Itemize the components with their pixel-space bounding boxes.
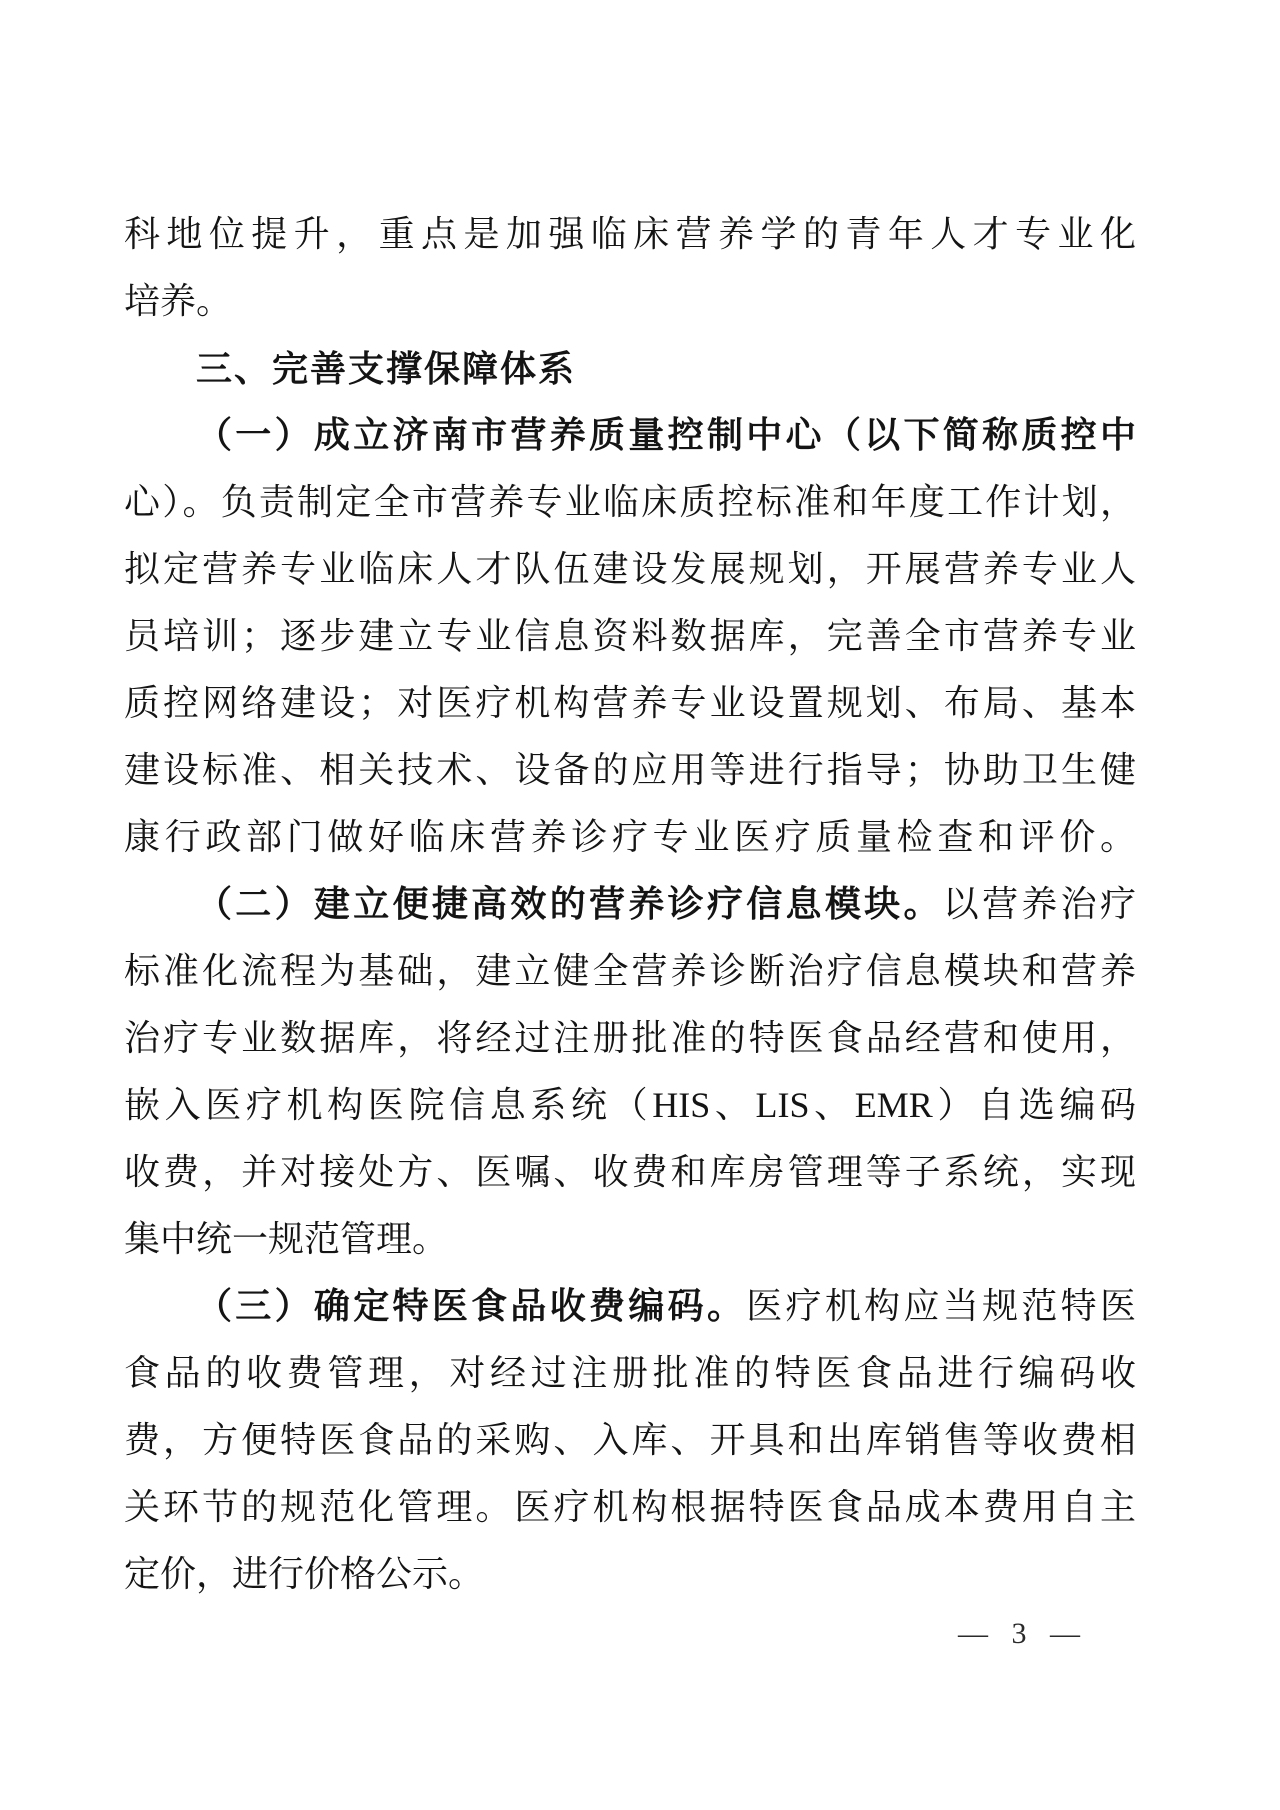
para1-line-3: 拟定营养专业临床人才队伍建设发展规划，开展营养专业人 (124, 536, 1136, 603)
para2-line-4: 嵌入医疗机构医院信息系统（HIS、LIS、EMR）自选编码 (124, 1072, 1136, 1139)
para3-line-3: 费，方便特医食品的采购、入库、开具和出库销售等收费相 (124, 1407, 1136, 1474)
para1-line-5: 质控网络建设；对医疗机构营养专业设置规划、布局、基本 (124, 670, 1136, 737)
para3-line-5: 定价，进行价格公示。 (124, 1541, 1136, 1608)
para1-line-6: 建设标准、相关技术、设备的应用等进行指导；协助卫生健 (124, 737, 1136, 804)
para3-line-1: （三）确定特医食品收费编码。医疗机构应当规范特医 (124, 1273, 1136, 1340)
para1-lead-bold: （一）成立济南市营养质量控制中心（以下简称质控中 (196, 415, 1136, 455)
text-block: 科地位提升，重点是加强临床营养学的青年人才专业化 培养。 三、完善支撑保障体系 … (124, 201, 1136, 1608)
para3-line-1-rest: 医疗机构应当规范特医 (746, 1286, 1136, 1326)
page-number: — 3 — (958, 1614, 1138, 1654)
para2-line-5: 收费，并对接处方、医嘱、收费和库房管理等子系统，实现 (124, 1139, 1136, 1206)
para2-line-1: （二）建立便捷高效的营养诊疗信息模块。以营养治疗 (124, 871, 1136, 938)
carryover-line-2: 培养。 (124, 268, 1136, 335)
para2-line-3: 治疗专业数据库，将经过注册批准的特医食品经营和使用， (124, 1005, 1136, 1072)
para2-line-6: 集中统一规范管理。 (124, 1206, 1136, 1273)
carryover-line-1: 科地位提升，重点是加强临床营养学的青年人才专业化 (124, 201, 1136, 268)
section-heading: 三、完善支撑保障体系 (124, 335, 1136, 402)
para1-line-1: （一）成立济南市营养质量控制中心（以下简称质控中 (124, 402, 1136, 469)
para1-line-2: 心）。负责制定全市营养专业临床质控标准和年度工作计划， (124, 469, 1136, 536)
para3-lead-bold: （三）确定特医食品收费编码。 (196, 1286, 746, 1326)
para1-line-2-rest: 负责制定全市营养专业临床质控标准和年度工作计划， (221, 482, 1136, 522)
para2-line-2: 标准化流程为基础，建立健全营养诊断治疗信息模块和营养 (124, 938, 1136, 1005)
para3-line-2: 食品的收费管理，对经过注册批准的特医食品进行编码收 (124, 1340, 1136, 1407)
para1-line-7: 康行政部门做好临床营养诊疗专业医疗质量检查和评价。 (124, 804, 1136, 871)
para1-line-4: 员培训；逐步建立专业信息资料数据库，完善全市营养专业 (124, 603, 1136, 670)
document-page: 科地位提升，重点是加强临床营养学的青年人才专业化 培养。 三、完善支撑保障体系 … (0, 0, 1280, 1810)
para2-line-1-rest: 以营养治疗 (943, 884, 1136, 924)
para2-lead-bold: （二）建立便捷高效的营养诊疗信息模块。 (196, 884, 943, 924)
para1-line-2-lead: 心）。 (124, 482, 221, 522)
para3-line-4: 关环节的规范化管理。医疗机构根据特医食品成本费用自主 (124, 1474, 1136, 1541)
